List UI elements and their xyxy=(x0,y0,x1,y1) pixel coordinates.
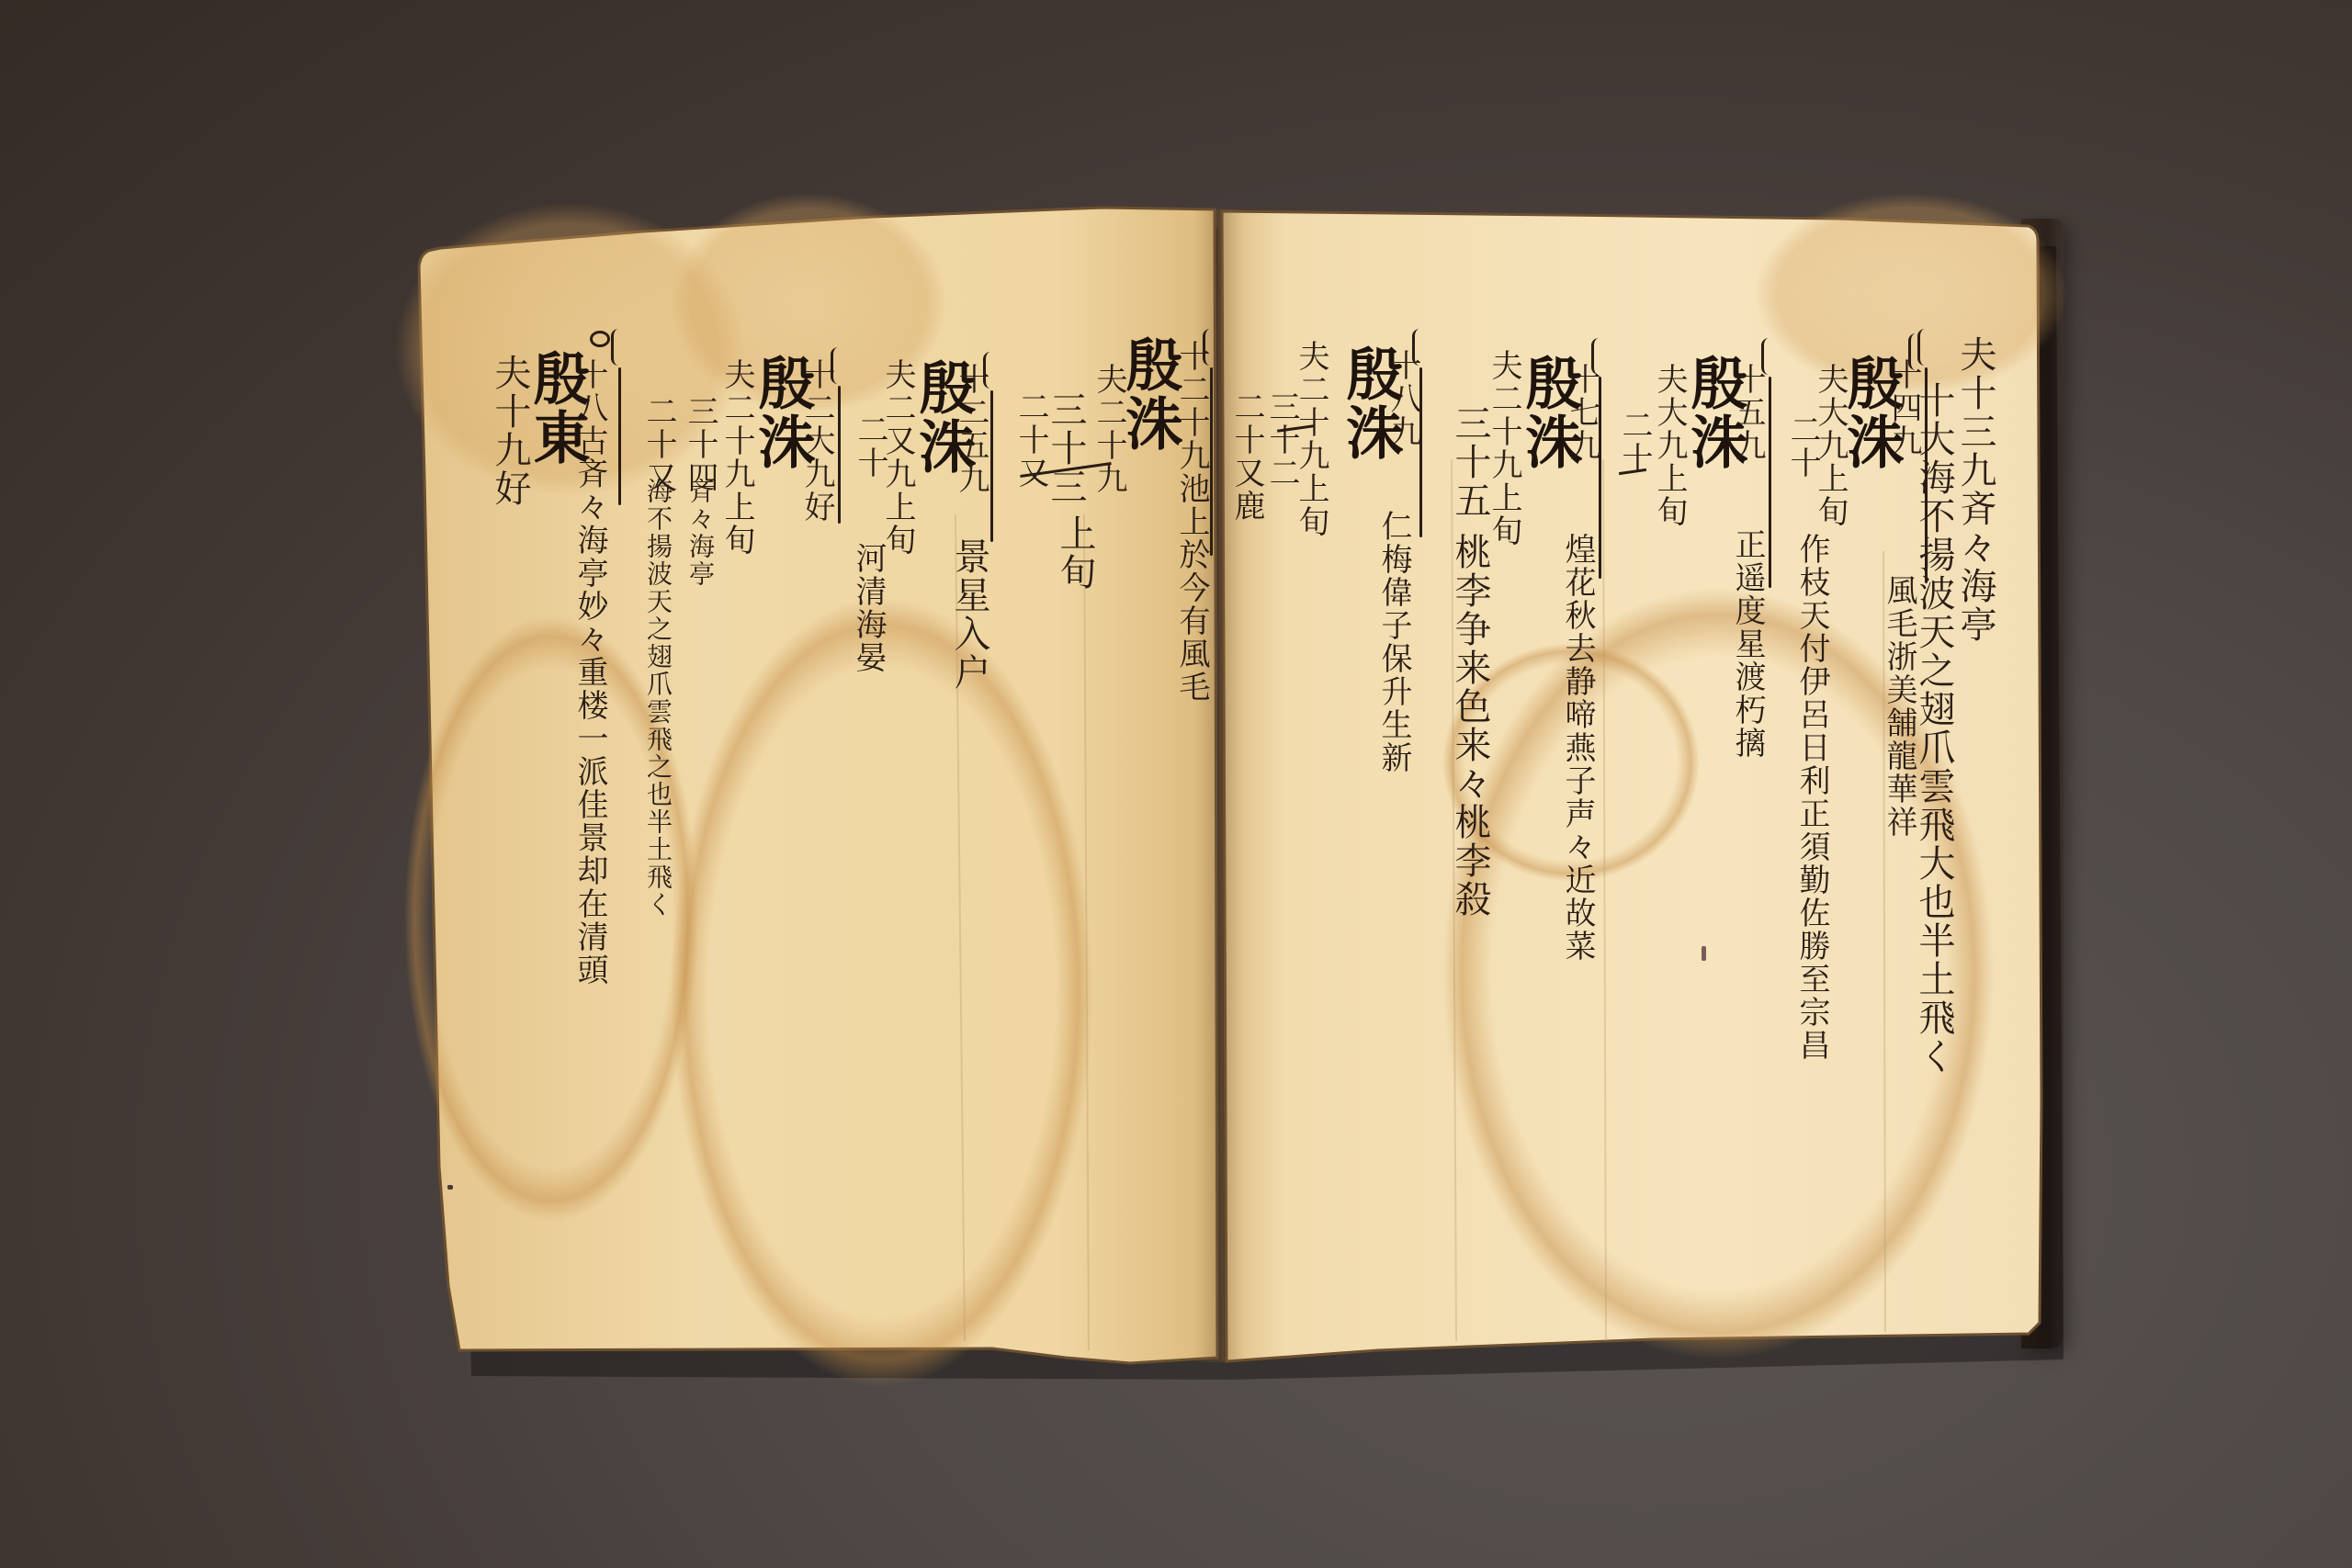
manuscript-column: 二十 xyxy=(1787,413,1818,479)
manuscript-heading-column: 殷東 xyxy=(528,349,585,467)
manuscript-column: 風毛浙美舗龍華祥 xyxy=(1883,574,1915,839)
manuscript-column: 二十 xyxy=(854,413,886,479)
manuscript-column: 夫二十九 xyxy=(1093,363,1125,495)
column-rule xyxy=(1210,367,1213,556)
manuscript-column: 夫十三九斉々海亭 xyxy=(1957,335,1994,644)
manuscript-column: 夫二十九上旬 xyxy=(1488,349,1520,547)
circle-mark xyxy=(590,331,610,347)
manuscript-column: 十七九 xyxy=(1566,363,1598,462)
ink-speck xyxy=(1702,946,1706,961)
manuscript-column: 斉々海亭 xyxy=(687,478,713,588)
column-rule xyxy=(838,386,841,524)
manuscript-column: 三十三 xyxy=(1047,390,1084,506)
manuscript-column: 二十 xyxy=(1619,409,1650,475)
manuscript-heading-column: 殷洙 xyxy=(1121,335,1178,453)
manuscript-column: 夫二十九上旬 xyxy=(1295,340,1327,538)
manuscript-column: 正遥度星渡朽摛 xyxy=(1732,528,1763,760)
manuscript-column: 作枝天付伊呂日利正須勤佐勝至宗昌 xyxy=(1796,533,1827,1062)
manuscript-column: 上旬 xyxy=(1057,514,1093,592)
ink-speck xyxy=(447,1185,453,1190)
manuscript-column: 十二五九 xyxy=(955,363,987,495)
manuscript-column: 三十二 xyxy=(1266,390,1297,490)
column-rule xyxy=(990,390,993,542)
manuscript-column: 夫大九上旬 xyxy=(1654,363,1685,528)
manuscript-column: 景星入户 xyxy=(951,537,988,692)
manuscript-column: 海不揚波天之翅爪雲飛之也半土飛く xyxy=(645,478,671,919)
manuscript-column: 河清海晏 xyxy=(853,542,884,674)
manuscript-column: 十大海不揚波天之翅爪雲飛大也半土飛く xyxy=(1916,381,1952,1076)
manuscript-column: 十五九 xyxy=(1732,363,1763,462)
manuscript-column: 十二大九好 xyxy=(801,358,832,524)
photo-scene: 夫十三九斉々海亭 十大海不揚波天之翅爪雲飛大也半土飛く 殷洙 十四九 風毛浙美舗… xyxy=(0,0,2352,1568)
column-rule xyxy=(618,367,621,505)
manuscript-column: 桃李争来色来々桃李殺 xyxy=(1452,533,1488,919)
manuscript-column: 仁梅偉子保升生新 xyxy=(1378,510,1409,774)
manuscript-column: 夫十九好 xyxy=(492,354,528,508)
book-pages xyxy=(0,0,2352,1568)
manuscript-column: 夫二十九上旬 xyxy=(721,358,752,557)
column-rule xyxy=(1769,377,1771,588)
column-rule xyxy=(1925,367,1928,583)
manuscript-column: 三十五 xyxy=(1452,404,1488,520)
manuscript-column: 十八九 xyxy=(1387,349,1419,448)
manuscript-column: 煌花秋去静啼燕子声々近故菜 xyxy=(1562,533,1593,963)
manuscript-column: 二十又鹿 xyxy=(1231,390,1262,523)
manuscript-column: 十四九 xyxy=(1888,358,1919,457)
